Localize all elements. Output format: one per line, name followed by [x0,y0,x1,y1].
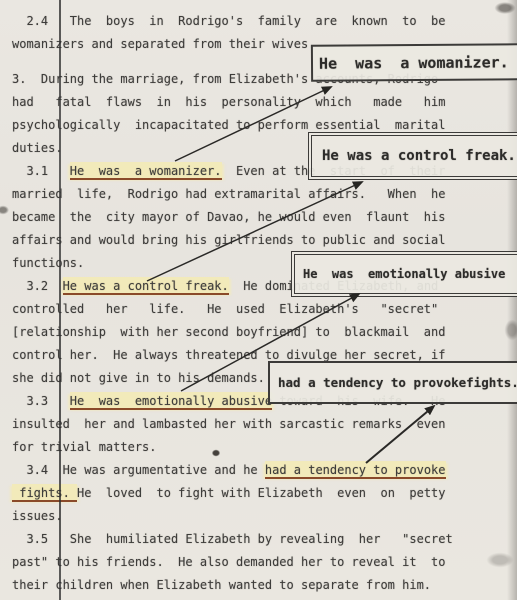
text-segment: 2.4 The boys in Rodrigo's family are kno… [12,14,445,28]
text-segment: 3.1 [12,164,70,178]
text-segment: became the city mayor of Davao, he would… [12,210,445,224]
highlighted-text: He was a control freak. [63,279,229,295]
callout-box-emotionally-abusive: He was emotionally abusive [291,251,517,297]
text-segment: had fatal flaws in his personality which… [12,95,445,109]
text-line: issues. [12,505,482,528]
scan-edge-shadow [507,0,517,600]
scanned-document-page: 2.4 The boys in Rodrigo's family are kno… [0,0,517,600]
text-segment: issues. [12,509,63,523]
callout-text: He was a control freak. [322,148,516,164]
text-segment: 3.2 [12,279,63,293]
highlighted-text: He was emotionally abusive [70,394,272,410]
text-segment: she did not give in to his demands. [12,371,265,385]
text-segment: 3.4 He was argumentative and he [12,463,265,477]
text-line: their children when Elizabeth wanted to … [12,574,482,597]
highlighted-text: had a tendency to provoke [265,463,446,479]
callout-box-control-freak: He was a control freak. [308,132,517,180]
text-line: married life, Rodrigo had extramarital a… [12,183,482,206]
text-segment: controlled her life. He used Elizabeth's… [12,302,438,316]
text-segment: married life, Rodrigo had extramarital a… [12,187,445,201]
text-line: past" to his friends. He also demanded h… [12,551,482,574]
text-line: [relationship with her second boyfriend]… [12,321,482,344]
text-segment: [relationship with her second boyfriend]… [12,325,445,339]
highlighted-text: He was a womanizer. [70,164,222,180]
callout-text: He was emotionally abusive [303,267,505,281]
paragraph: 3.4 He was argumentative and he had a te… [12,459,482,528]
text-segment: He loved to fight with Elizabeth even on… [77,486,445,500]
text-segment: 3.3 [12,394,70,408]
text-line: insulted her and lambasted her with sarc… [12,413,482,436]
text-segment: affairs and would bring his girlfriends … [12,233,445,247]
callout-text: He was a womanizer. [319,53,509,72]
highlighted-text: fights. [12,486,77,502]
text-line: had fatal flaws in his personality which… [12,91,482,114]
callout-text: had a tendency to provokefights. [278,375,517,390]
page-fold-line [59,0,61,600]
text-line: 2.4 The boys in Rodrigo's family are kno… [12,10,482,33]
text-segment: past" to his friends. He also demanded h… [12,555,445,569]
text-segment: psychologically incapacitated to perform… [12,118,445,132]
callout-box-provoke-fights: had a tendency to provokefights. [268,361,517,404]
text-segment: functions. [12,256,84,270]
paragraph: 3.5 She humiliated Elizabeth by revealin… [12,528,482,597]
callout-box-womanizer: He was a womanizer. [311,43,517,81]
text-segment: insulted her and lambasted her with sarc… [12,417,445,431]
text-line: affairs and would bring his girlfriends … [12,229,482,252]
text-line: 3.4 He was argumentative and he had a te… [12,459,482,482]
text-line: became the city mayor of Davao, he would… [12,206,482,229]
text-segment: their children when Elizabeth wanted to … [12,578,431,592]
text-line: controlled her life. He used Elizabeth's… [12,298,482,321]
text-segment: womanizers and separated from their wive… [12,37,315,51]
text-segment: 3.5 She humiliated Elizabeth by revealin… [12,532,453,546]
text-segment: for trivial matters. [12,440,157,454]
text-segment: control her. He always threatened to div… [12,348,445,362]
document-text: 2.4 The boys in Rodrigo's family are kno… [12,10,482,597]
text-segment: duties. [12,141,63,155]
text-line: 3.5 She humiliated Elizabeth by revealin… [12,528,482,551]
text-line: for trivial matters. [12,436,482,459]
text-line: fights. He loved to fight with Elizabeth… [12,482,482,505]
